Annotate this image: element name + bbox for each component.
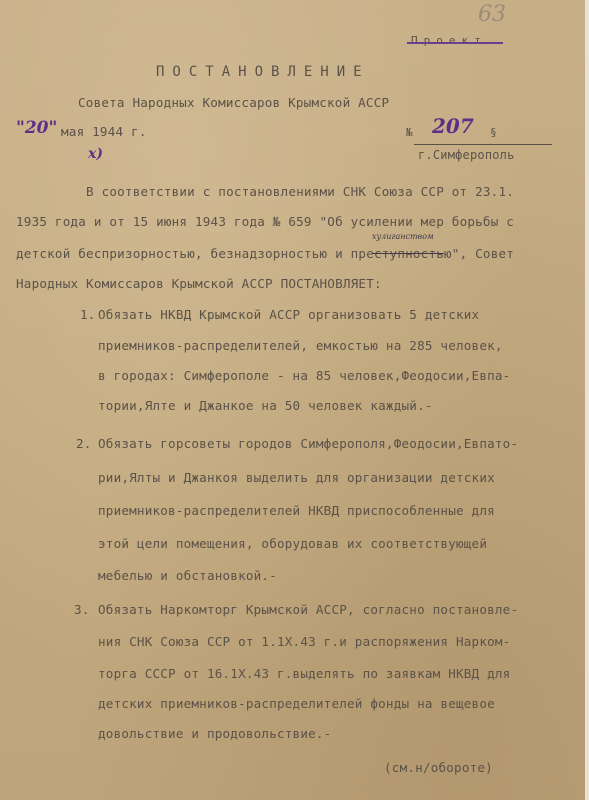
preamble-line: Народных Комиссаров Крымской АССР ПОСТАН…	[16, 276, 382, 291]
item-line: Обязать Наркомторг Крымской АССР, соглас…	[98, 602, 518, 617]
number-suffix: §	[490, 126, 497, 139]
item-number: 1.	[80, 307, 96, 322]
item-number: 2.	[76, 436, 92, 451]
footer-note: (см.н/обороте)	[384, 760, 493, 775]
item-line: мебелью и обстановкой.-	[98, 568, 277, 583]
margin-mark: х)	[88, 146, 103, 162]
item-line: торга СССР от 16.1Х.43 г.выделять по зая…	[98, 666, 510, 681]
document-page: 63 Проект ПОСТАНОВЛЕНИЕ Совета Народных …	[0, 0, 589, 800]
strike-correction	[372, 253, 444, 254]
item-line: рии,Ялты и Джанкоя выделить для организа…	[98, 470, 495, 485]
item-line: приемников-распределителей НКВД приспосо…	[98, 503, 495, 518]
archive-page-number: 63	[478, 2, 506, 27]
item-line: довольствие и продовольствие.-	[98, 726, 331, 741]
item-line: ния СНК Союза ССР от 1.1Х.43 г.и распоря…	[98, 634, 510, 649]
item-line: детских приемников-распределителей фонды…	[98, 696, 495, 711]
draft-label: Проект	[411, 34, 487, 47]
number-value: 207	[432, 114, 474, 138]
document-title: ПОСТАНОВЛЕНИЕ	[156, 64, 370, 80]
document-subtitle: Совета Народных Комиссаров Крымской АССР	[78, 95, 389, 110]
item-line: этой цели помещения, оборудовав их соотв…	[98, 536, 487, 551]
handwritten-correction: хулиганством	[372, 232, 434, 241]
item-line: тории,Ялте и Джанкое на 50 человек кажды…	[98, 398, 433, 413]
item-line: Обязать горсоветы городов Симферополя,Фе…	[98, 436, 518, 451]
draft-strikethrough	[407, 42, 503, 44]
number-underline	[414, 144, 552, 145]
date-month-year: мая 1944 г.	[61, 124, 147, 139]
date-day: "20"	[16, 118, 57, 138]
item-line: приемников-распределителей, емкостью на …	[98, 338, 503, 353]
item-number: 3.	[74, 602, 90, 617]
city: г.Симферополь	[418, 148, 515, 162]
item-line: в городах: Симферополе - на 85 человек,Ф…	[98, 368, 510, 383]
item-line: Обязать НКВД Крымской АССР организовать …	[98, 307, 479, 322]
page-edge	[585, 0, 589, 800]
preamble-line: 1935 года и от 15 июня 1943 года № 659 "…	[16, 214, 514, 229]
number-prefix: №	[406, 126, 413, 139]
preamble-line: В соответствии с постановлениями СНК Сою…	[86, 184, 514, 199]
